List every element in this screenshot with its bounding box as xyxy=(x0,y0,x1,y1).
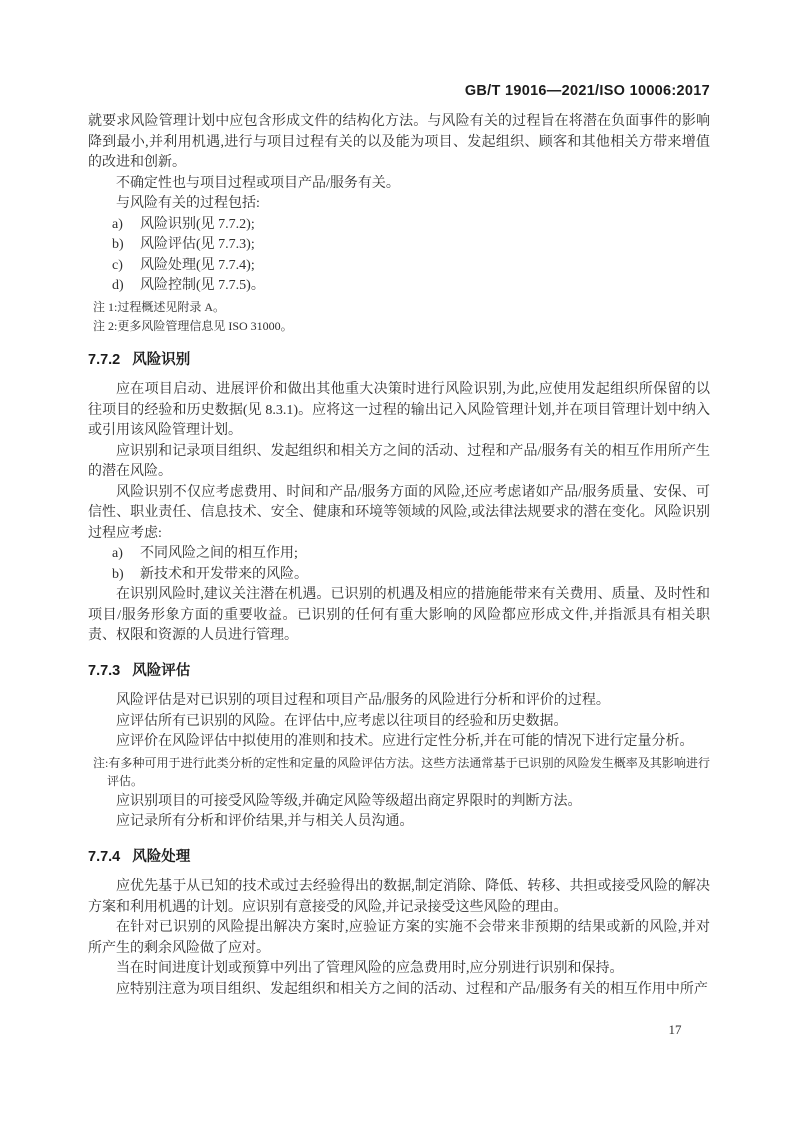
heading-title: 风险评估 xyxy=(132,663,190,679)
list-marker: b) xyxy=(112,235,140,256)
standard-code: GB/T 19016—2021/ISO 10006:2017 xyxy=(465,83,710,99)
list-text: 风险控制(见 7.7.5)。 xyxy=(140,276,710,297)
list-text: 风险处理(见 7.7.4); xyxy=(140,256,710,277)
document-page: GB/T 19016—2021/ISO 10006:2017 就要求风险管理计划… xyxy=(0,0,794,1123)
page-header: GB/T 19016—2021/ISO 10006:2017 xyxy=(88,83,710,99)
heading-number: 7.7.4 xyxy=(88,849,120,865)
paragraph-772-2: 应识别和记录项目组织、发起组织和相关方之间的活动、过程和产品/服务有关的相互作用… xyxy=(88,442,710,483)
paragraph-774-3: 当在时间进度计划或预算中列出了管理风险的应急费用时,应分别进行识别和保持。 xyxy=(88,959,710,980)
note-2-iso-31000: 注 2:更多风险管理信息见 ISO 31000。 xyxy=(88,317,710,336)
list-marker: c) xyxy=(112,256,140,277)
heading-title: 风险处理 xyxy=(132,849,190,865)
paragraph-risk-plan-continuation: 就要求风险管理计划中应包含形成文件的结构化方法。与风险有关的过程旨在将潜在负面事… xyxy=(88,112,710,174)
paragraph-774-1: 应优先基于从已知的技术或过去经验得出的数据,制定消除、降低、转移、共担或接受风险… xyxy=(88,877,710,918)
heading-number: 7.7.2 xyxy=(88,352,120,368)
list-marker: d) xyxy=(112,276,140,297)
risk-consider-list: a) 不同风险之间的相互作用; b) 新技术和开发带来的风险。 xyxy=(88,544,710,585)
paragraph-774-2: 在针对已识别的风险提出解决方案时,应验证方案的实施不会带来非预期的结果或新的风险… xyxy=(88,918,710,959)
list-text: 新技术和开发带来的风险。 xyxy=(140,565,710,586)
list-marker: b) xyxy=(112,565,140,586)
list-item-risk-assessment: b) 风险评估(见 7.7.3); xyxy=(88,235,710,256)
heading-number: 7.7.3 xyxy=(88,663,120,679)
list-item-risk-interaction: a) 不同风险之间的相互作用; xyxy=(88,544,710,565)
paragraph-uncertainty: 不确定性也与项目过程或项目产品/服务有关。 xyxy=(88,174,710,195)
paragraph-773-2: 应评估所有已识别的风险。在评估中,应考虑以往项目的经验和历史数据。 xyxy=(88,712,710,733)
note-1-annex-a: 注 1:过程概述见附录 A。 xyxy=(88,298,710,317)
paragraph-773-5: 应记录所有分析和评价结果,并与相关人员沟通。 xyxy=(88,812,710,833)
list-marker: a) xyxy=(112,215,140,236)
heading-title: 风险识别 xyxy=(132,352,190,368)
paragraph-772-1: 应在项目启动、进展评价和做出其他重大决策时进行风险识别,为此,应使用发起组织所保… xyxy=(88,380,710,442)
paragraph-774-4: 应特别注意为项目组织、发起组织和相关方之间的活动、过程和产品/服务有关的相互作用… xyxy=(88,980,710,1001)
document-content: 就要求风险管理计划中应包含形成文件的结构化方法。与风险有关的过程旨在将潜在负面事… xyxy=(88,112,710,1000)
list-text: 不同风险之间的相互作用; xyxy=(140,544,710,565)
list-item-risk-control: d) 风险控制(见 7.7.5)。 xyxy=(88,276,710,297)
paragraph-772-3: 风险识别不仅应考虑费用、时间和产品/服务方面的风险,还应考虑诸如产品/服务质量、… xyxy=(88,483,710,545)
paragraph-773-1: 风险评估是对已识别的项目过程和项目产品/服务的风险进行分析和评价的过程。 xyxy=(88,691,710,712)
list-item-risk-identification: a) 风险识别(见 7.7.2); xyxy=(88,215,710,236)
heading-7-7-2-risk-identification: 7.7.2风险识别 xyxy=(88,350,710,371)
paragraph-773-4: 应识别项目的可接受风险等级,并确定风险等级超出商定界限时的判断方法。 xyxy=(88,792,710,813)
page-number: 17 xyxy=(669,1022,682,1037)
note-773-assessment-methods: 注:有多种可用于进行此类分析的定性和定量的风险评估方法。这些方法通常基于已识别的… xyxy=(88,754,710,791)
heading-7-7-4-risk-treatment: 7.7.4风险处理 xyxy=(88,847,710,868)
page-footer: 17 xyxy=(640,1022,710,1038)
list-item-risk-treatment: c) 风险处理(见 7.7.4); xyxy=(88,256,710,277)
list-text: 风险识别(见 7.7.2); xyxy=(140,215,710,236)
list-item-new-technology: b) 新技术和开发带来的风险。 xyxy=(88,565,710,586)
paragraph-773-3: 应评价在风险评估中拟使用的准则和技术。应进行定性分析,并在可能的情况下进行定量分… xyxy=(88,732,710,753)
list-marker: a) xyxy=(112,544,140,565)
list-text: 风险评估(见 7.7.3); xyxy=(140,235,710,256)
paragraph-processes-include: 与风险有关的过程包括: xyxy=(88,194,710,215)
heading-7-7-3-risk-assessment: 7.7.3风险评估 xyxy=(88,661,710,682)
paragraph-772-4: 在识别风险时,建议关注潜在机遇。已识别的机遇及相应的措施能带来有关费用、质量、及… xyxy=(88,585,710,647)
risk-process-list: a) 风险识别(见 7.7.2); b) 风险评估(见 7.7.3); c) 风… xyxy=(88,215,710,297)
